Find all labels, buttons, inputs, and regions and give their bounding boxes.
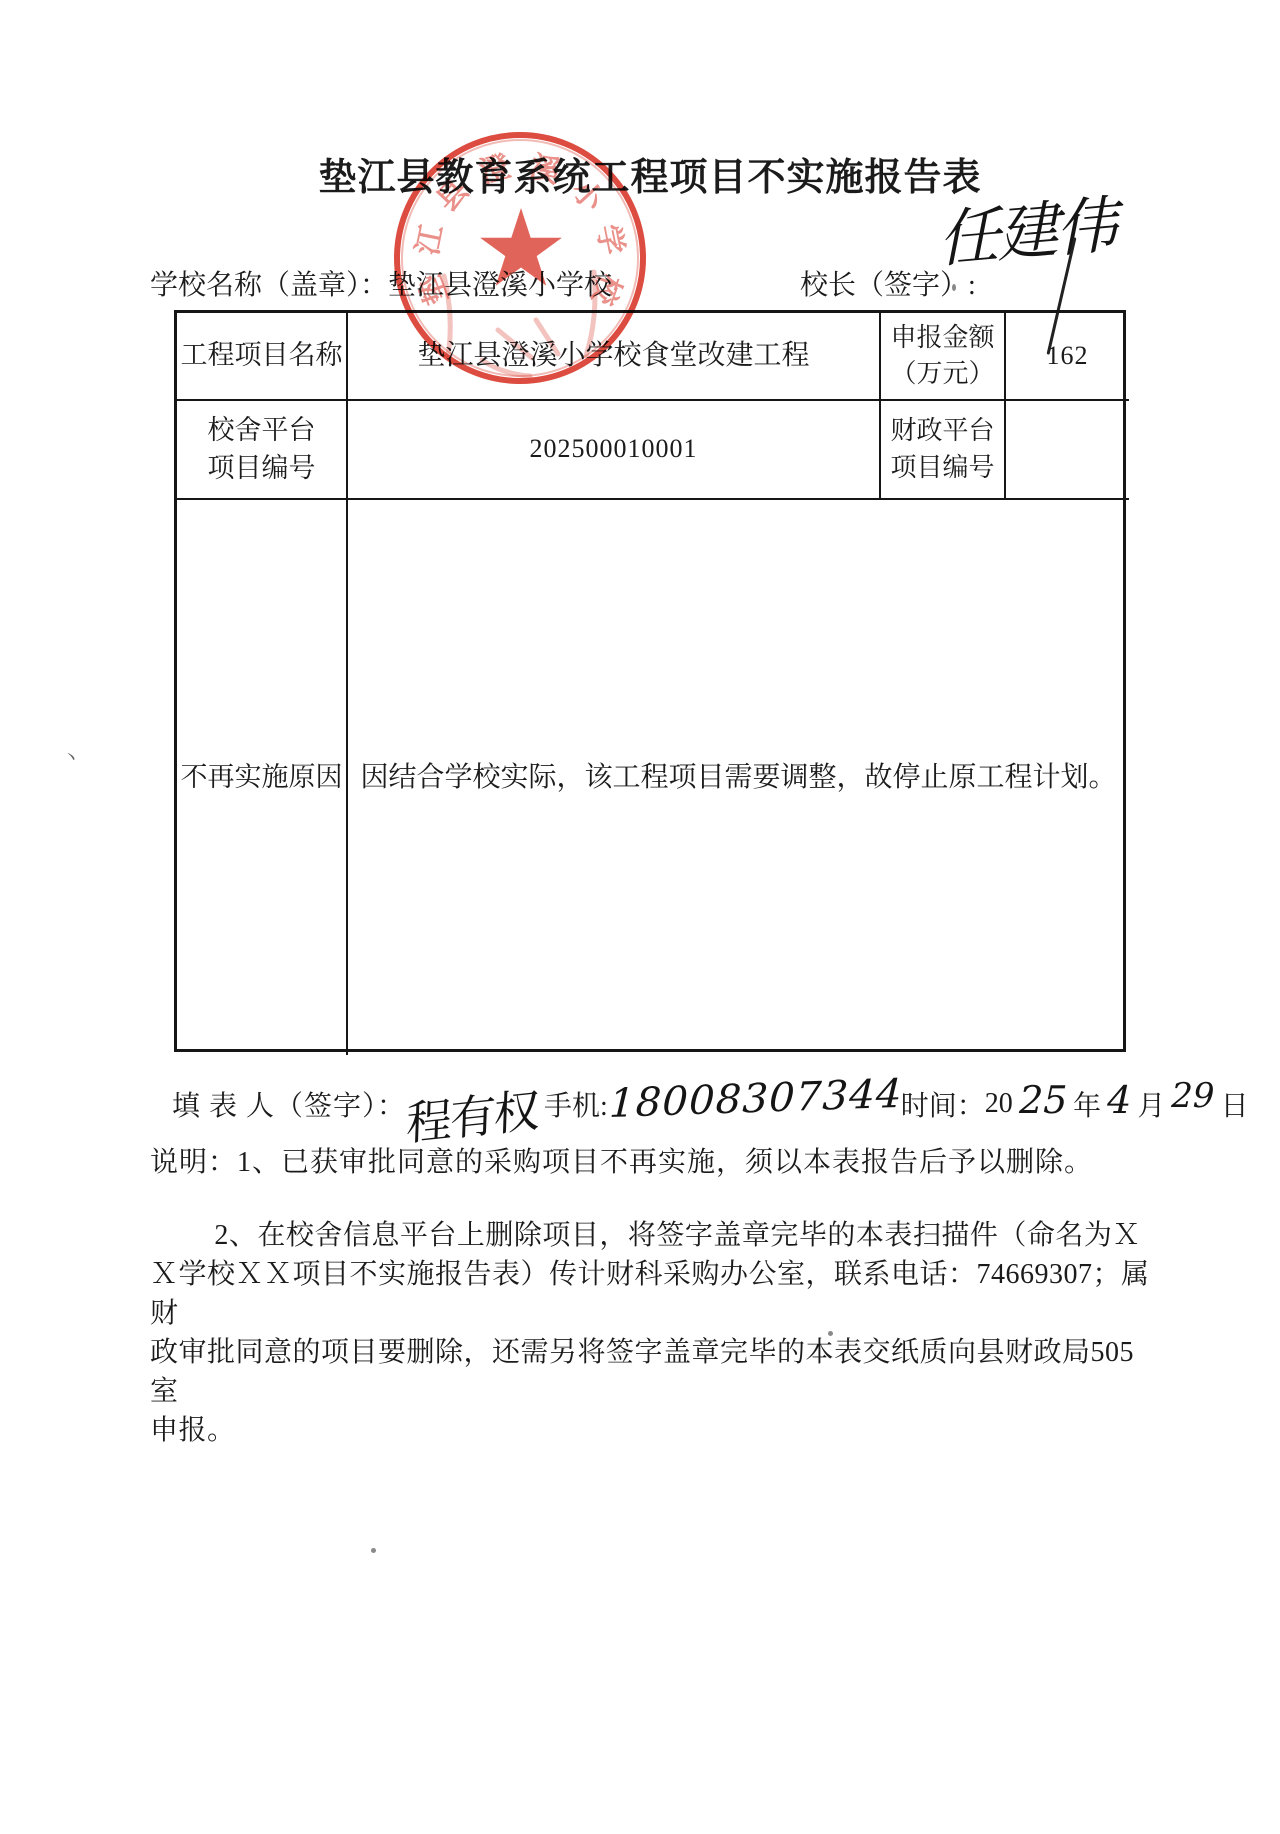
year-handwritten: 25: [1014, 1078, 1072, 1122]
notes-line: 2、在校舍信息平台上删除项目，将签字盖章完毕的本表扫描件（命名为Ｘ: [150, 1216, 1155, 1255]
scanned-report-form: 垫江县教育系统工程项目不实施报告表 学校名称（盖章）：垫江县澄溪小学校 校长（签…: [0, 0, 1280, 1834]
notes-line: 申报。: [150, 1411, 1155, 1450]
cell-campus-platform-label: 校舍平台 项目编号: [177, 401, 348, 500]
year-unit: 年: [1073, 1084, 1101, 1124]
filler-line: 填 表 人（签字）： 程有权 手机: 18008307344 时间： 20 25…: [172, 1072, 1249, 1136]
stray-pen-mark: 丶: [62, 744, 80, 770]
cell-campus-platform-value: 202500010001: [348, 401, 881, 500]
time-label: 时间：: [901, 1084, 985, 1124]
cell-project-name-label: 工程项目名称: [177, 313, 348, 401]
cell-finance-platform-label: 财政平台 项目编号: [881, 401, 1006, 500]
notes-paragraph-2: 2、在校舍信息平台上删除项目，将签字盖章完毕的本表扫描件（命名为Ｘ Ｘ学校ＸＸ项…: [150, 1216, 1155, 1450]
phone-value-handwritten: 18008307344: [603, 1071, 907, 1127]
cell-finance-platform-value: [1006, 401, 1129, 500]
school-name-label: 学校名称（盖章）：: [150, 270, 388, 301]
cell-reason-label: 不再实施原因: [177, 500, 348, 1055]
day-unit: 日: [1221, 1084, 1249, 1124]
month-unit: 月: [1137, 1084, 1165, 1124]
filler-label: 填 表 人（签字）：: [172, 1084, 406, 1124]
scan-speck: [371, 1548, 376, 1553]
year-prefix: 20: [985, 1088, 1013, 1120]
svg-text:江: 江: [411, 222, 449, 258]
report-table: 工程项目名称 垫江县澄溪小学校食堂改建工程 申报金额 （万元） 162 校舍平台…: [174, 310, 1126, 1052]
phone-label: 手机:: [544, 1084, 608, 1124]
notes-line-1: 说明：1、已获审批同意的采购项目不再实施，须以本表报告后予以删除。: [150, 1140, 1093, 1180]
month-handwritten: 4: [1102, 1078, 1136, 1122]
school-name-value: 垫江县澄溪小学校: [388, 270, 612, 301]
principal-signature: 任建伟: [936, 173, 1130, 279]
scan-speck: [828, 1331, 833, 1336]
cell-declared-amount-label: 申报金额 （万元）: [881, 313, 1006, 401]
cell-declared-amount-value: 162: [1006, 313, 1129, 401]
svg-text:学: 学: [591, 222, 629, 258]
scan-speck: [952, 284, 956, 291]
notes-line: 政审批同意的项目要删除，还需另将签字盖章完毕的本表交纸质向县财政局505室: [150, 1333, 1155, 1411]
cell-reason-value: 因结合学校实际，该工程项目需要调整，故停止原工程计划。: [348, 500, 1129, 1055]
day-handwritten: 29: [1167, 1076, 1219, 1116]
school-name-line: 学校名称（盖章）：垫江县澄溪小学校: [150, 263, 612, 303]
notes-line: Ｘ学校ＸＸ项目不实施报告表）传计财科采购办公室，联系电话：74669307；属财: [150, 1255, 1155, 1333]
cell-project-name-value: 垫江县澄溪小学校食堂改建工程: [348, 313, 881, 401]
